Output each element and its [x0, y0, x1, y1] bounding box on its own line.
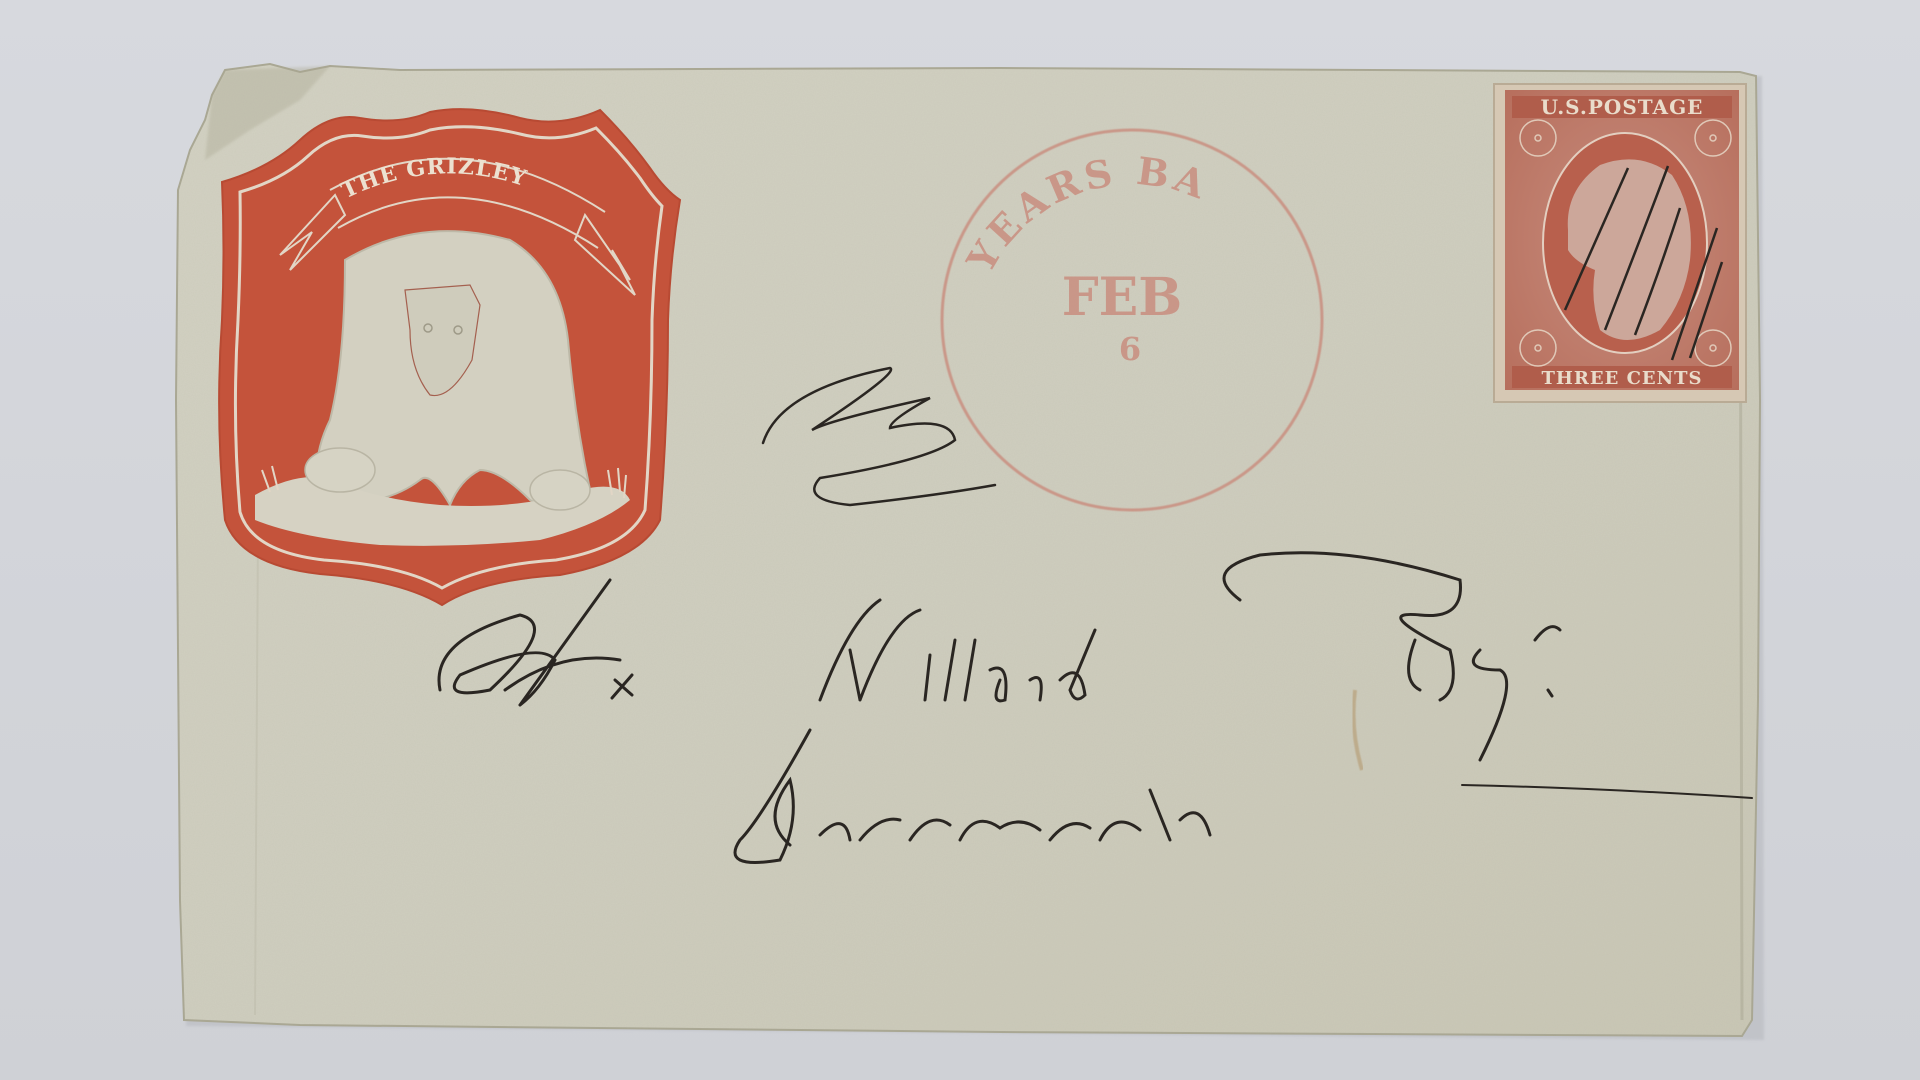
photo-scene: THE GRIZLEY YEARS BA FEB 6 U.S.POSTAGE [0, 0, 1920, 1080]
stamp-top-label: U.S.POSTAGE [1541, 95, 1704, 119]
envelope-photo: THE GRIZLEY YEARS BA FEB 6 U.S.POSTAGE [0, 0, 1920, 1080]
postmark-day: 6 [1119, 330, 1141, 368]
addressee-city: Sacramento [740, 775, 1167, 857]
stamp-bottom-label: THREE CENTS [1542, 368, 1703, 389]
postage-stamp: U.S.POSTAGE THREE CENTS [1494, 84, 1746, 402]
postmark-month: FEB [1062, 267, 1183, 328]
grizzly-shield-corner-card: THE GRIZLEY [219, 109, 680, 605]
docket-text: Aly [759, 434, 829, 480]
addressee-name: Alx Willard Esqr. [434, 625, 1035, 707]
